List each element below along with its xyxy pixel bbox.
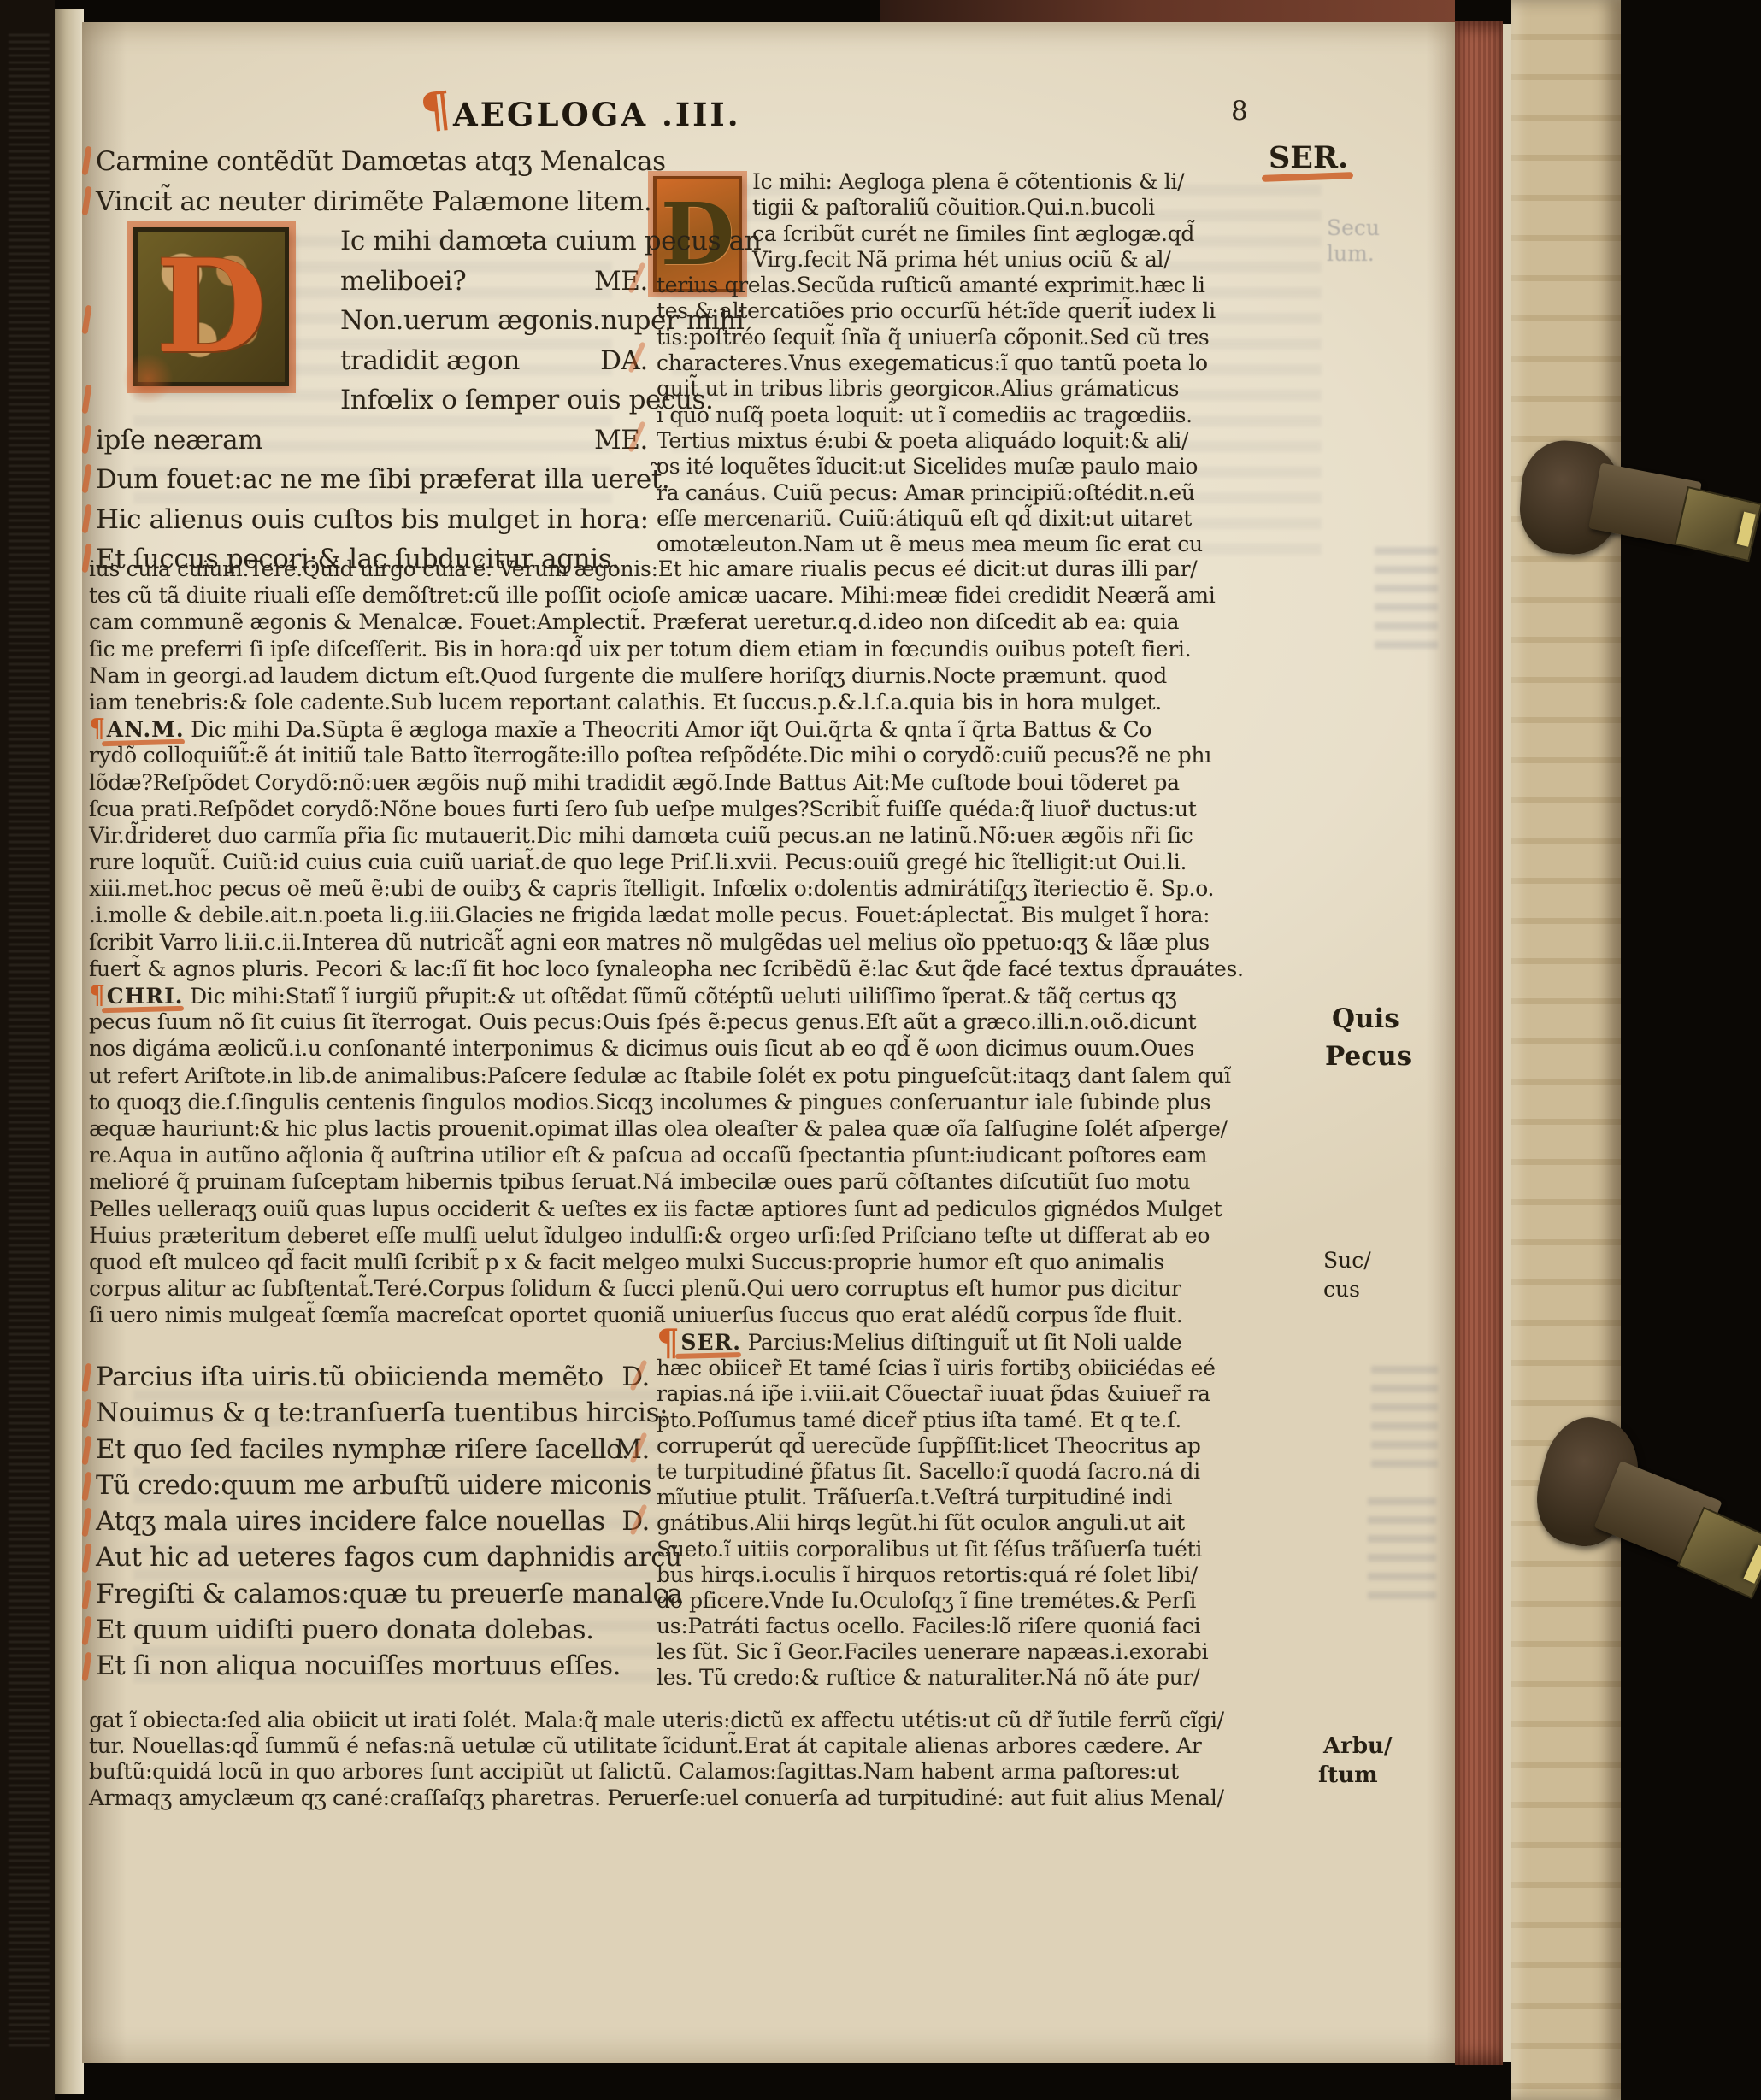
commentary-line: tes cũ tã diuite riuali eſſe demõſtret:c… bbox=[89, 582, 1320, 609]
poem-line: Hic alienus ouis cuſtos bis mulget in ho… bbox=[96, 500, 650, 540]
poem-line: Et quum uidiſti puero donata dolebas. bbox=[96, 1612, 651, 1648]
poem-line: Et quo ſed faciles nymphæ riſere ſacello… bbox=[96, 1432, 651, 1468]
book-top-stained-edge bbox=[880, 0, 1455, 24]
commentary-line: tes & altercatiões prio occurſũ hét:ĩde … bbox=[657, 298, 1318, 324]
commentary-line: eſſe mercenariũ. Cuiũ:átiquũ eſt qd̃ dix… bbox=[657, 506, 1318, 532]
line-text: Parcius iſta uiris.tũ obiicienda memẽto bbox=[96, 1362, 604, 1392]
speaker-label: M. bbox=[615, 1432, 650, 1468]
line-text: Vincit̃ ac neuter dirimẽte Palæmone lite… bbox=[96, 186, 651, 217]
commentary-line: Huius præteritum deberet eſſe mulſi uelu… bbox=[89, 1222, 1320, 1249]
poem-line: Ic mihi damœta cuium pecus an bbox=[96, 221, 650, 262]
commentary-line: ¶AN.M. Dic mihi Da.Sũpta ẽ ægloga maxĩe … bbox=[89, 715, 1320, 742]
poem-line: Atqʒ mala uires incidere falce nouellasD… bbox=[96, 1503, 651, 1539]
poem-line: Non.uerum ægonis.nuper mihi bbox=[96, 301, 650, 341]
line-text: Hic alienus ouis cuſtos bis mulget in ho… bbox=[96, 504, 649, 535]
speaker-label: D. bbox=[621, 1503, 650, 1539]
commentary-line: buſtũ:quidá locũ in quo arbores ſunt acc… bbox=[89, 1759, 1320, 1785]
line-text: Et quo ſed faciles nymphæ riſere ſacello… bbox=[96, 1434, 629, 1465]
commentary-line: Vir.d̃rideret duo carmĩa pr̃ia ſic mutau… bbox=[89, 822, 1320, 849]
poem-line: Fregiſti & calamos:quæ tu preuerſe manal… bbox=[96, 1576, 651, 1612]
commentary-line: omotæleuton.Nam ut ẽ meus mea meum ſic e… bbox=[657, 532, 1318, 557]
fore-edge-ghost-text bbox=[1371, 1366, 1438, 1468]
margin-note-succus-2: cus bbox=[1323, 1277, 1360, 1302]
commentary-line: re.Aqua in autũno aq̃lonia q̃ auſtrina u… bbox=[89, 1142, 1320, 1168]
line-text: Atqʒ mala uires incidere falce nouellas bbox=[96, 1506, 605, 1537]
section-head: AN.M. bbox=[107, 717, 185, 742]
commentary-line: quit̃ ut in tribus libris georgicoʀ.Aliu… bbox=[657, 376, 1318, 402]
commentary-line: characteres.Vnus exegematicus:ĩ quo tant… bbox=[657, 350, 1318, 376]
line-text: Fregiſti & calamos:quæ tu preuerſe manal… bbox=[96, 1579, 682, 1609]
line-text: Carmine contẽdũt Damœtas atqʒ Menalcas bbox=[96, 146, 666, 177]
commentary-line: to quoqʒ die.ſ.ſingulis centenis ſingulo… bbox=[89, 1089, 1320, 1115]
poem-block-bottom: Parcius iſta uiris.tũ obiicienda memẽtoD… bbox=[96, 1359, 651, 1685]
section-head: SER. bbox=[680, 1330, 741, 1355]
commentary-line: rapias.ná ip̃e i.viii.ait Cõuectar̃ iuua… bbox=[657, 1381, 1318, 1407]
commentary-line: quod eſt mulceo qd̃ facit mulſi ſcribit̃… bbox=[89, 1249, 1320, 1275]
commentary-line: hæc obiicer̃ Et tamé ſcias ĩ uiris forti… bbox=[657, 1356, 1318, 1381]
commentary-line: Virg.fecit Nã prima hét unius ociũ & al/ bbox=[657, 247, 1318, 273]
commentary-line: pto.Poſſumus tamé dicer̃ ptius iſta tamé… bbox=[657, 1408, 1318, 1433]
commentary-line: les ſũt. Sic ĩ Geor.Faciles uenerare nap… bbox=[657, 1639, 1318, 1665]
fore-edge-highlight bbox=[1503, 24, 1511, 2062]
speaker-label: ME. bbox=[594, 262, 648, 302]
commentary-line: ¶SER. Parcius:Melius diſtinguit̃ ut ſit … bbox=[657, 1330, 1318, 1356]
commentary-line: corpus alitur ac ſubſtentat̃.Teré.Corpus… bbox=[89, 1275, 1320, 1302]
commentary-line: ſcua prati.Reſpõdet corydõ:Nõne boues fu… bbox=[89, 796, 1320, 822]
commentary-line: terius qrelas.Secũda ruſticũ amanté expr… bbox=[657, 273, 1318, 298]
commentary-line: lõdæ?Reſpõdet Corydõ:nõ:ueʀ ægõis nup̃ m… bbox=[89, 769, 1320, 796]
commentary-line: ĩ quo nuſq̃ poeta loquit̃: ut ĩ comediis… bbox=[657, 403, 1318, 428]
commentary-line: les. Tũ credo:& ruſtice & naturaliter.Ná… bbox=[657, 1665, 1318, 1691]
header-pilcrow-icon: ¶ bbox=[418, 80, 454, 139]
commentary-line: nos digáma æolicũ.i.u conſonanté interpo… bbox=[89, 1035, 1320, 1062]
red-stained-fore-edge bbox=[1455, 21, 1503, 2065]
line-text: tradidit ægon bbox=[340, 345, 520, 376]
poem-line: Tũ credo:quum me arbuſtũ uidere miconis bbox=[96, 1468, 651, 1503]
commentary-line: ut refert Ariſtote.in lib.de animalibus:… bbox=[89, 1062, 1320, 1089]
book-clasp-upper bbox=[1515, 426, 1761, 597]
poem-line: Dum fouet:ac ne me ſibi præferat illa ue… bbox=[96, 460, 650, 500]
commentary-block-bottom: gat ĩ obiecta:ſed alia obiicit ut irati … bbox=[89, 1708, 1320, 1811]
commentary-line: Tertius mixtus é:ubi & poeta aliquádo lo… bbox=[657, 428, 1318, 454]
commentary-line: te turpitudiné p̃fatus ſit. Sacello:ĩ qu… bbox=[657, 1459, 1318, 1485]
margin-note-ghost-showthrough: Secu lum. bbox=[1327, 215, 1390, 267]
commentary-line: tis:poſtréo ſequit̃ ſnĩa q̃ uniuerſa cõp… bbox=[657, 325, 1318, 350]
section-head: CHRI. bbox=[107, 984, 184, 1009]
fore-edge-ghost-text bbox=[1375, 547, 1438, 658]
commentary-line: ¶CHRI. Dic mihi:Statĩ ĩ iurgiũ pr̃upit:&… bbox=[89, 982, 1320, 1009]
commentary-line: Armaqʒ amyclæum qʒ cané:craſſaſqʒ pharet… bbox=[89, 1785, 1320, 1811]
poem-block-top: Carmine contẽdũt Damœtas atqʒ MenalcasVi… bbox=[96, 142, 650, 579]
pilcrow-mark: ¶ bbox=[89, 980, 107, 1010]
poem-line: Carmine contẽdũt Damœtas atqʒ Menalcas bbox=[96, 142, 650, 182]
vellum-cover-edge bbox=[1511, 0, 1621, 2100]
commentary-line: corruperút qd̃ uerecũde ſupp̃ſſit:licet … bbox=[657, 1433, 1318, 1459]
commentary-line: ſic me preferri ſi ipſe diſceſſerit. Bis… bbox=[89, 636, 1320, 662]
commentary-line: rure loquũt̃. Cuiũ:id cuius cuia cuiũ ua… bbox=[89, 849, 1320, 875]
line-text: Parcius:Melius diſtinguit̃ ut ſit Noli u… bbox=[741, 1330, 1181, 1355]
poem-line: meliboei?ME. bbox=[96, 262, 650, 302]
commentary-line: cam communẽ ægonis & Menalcæ. Fouet:Ampl… bbox=[89, 609, 1320, 635]
poem-line: Parcius iſta uiris.tũ obiicienda memẽtoD… bbox=[96, 1359, 651, 1395]
commentary-line: ius cuia cuium.Teré.Quid uirgo cuia é. V… bbox=[89, 556, 1320, 582]
commentary-line: xiii.met.hoc pecus oẽ meũ ẽ:ubi de ouibʒ… bbox=[89, 875, 1320, 902]
commentary-line: tur. Nouellas:qd̃ ſummũ é nefas:nã uetul… bbox=[89, 1733, 1320, 1759]
commentary-line: fuert̃ & agnos pluris. Pecori & lac:ſĩ f… bbox=[89, 956, 1320, 982]
poem-line: Et ſi non aliqua nocuiſſes mortuus eſſes… bbox=[96, 1648, 651, 1684]
poem-line: ipſe neæramME. bbox=[96, 421, 650, 461]
poem-line: Nouimus & q te:tranſuerſa tuentibus hirc… bbox=[96, 1395, 651, 1431]
fore-edge-ghost-text bbox=[1368, 1497, 1436, 1600]
previous-page-edge bbox=[0, 0, 55, 2100]
commentary-line: rydõ colloquiũt̃:ẽ át initiũ tale Batto … bbox=[89, 742, 1320, 768]
line-text: Nouimus & q te:tranſuerſa tuentibus hirc… bbox=[96, 1397, 668, 1428]
pilcrow-mark: ¶ bbox=[89, 714, 107, 744]
margin-note-pecus: Pecus bbox=[1325, 1041, 1411, 1072]
commentary-line: pecus ſuum nõ ſit cuius ſit ĩterrogat. O… bbox=[89, 1009, 1320, 1035]
commentary-line: os ité loquẽtes ĩducit:ut Sicelides muſæ… bbox=[657, 454, 1318, 479]
commentary-column-top-right: Ic mihi: Aegloga plena ẽ cõtentionis & l… bbox=[657, 169, 1318, 557]
commentary-line: Pelles uelleraqʒ ouiũ quas lupus occider… bbox=[89, 1196, 1320, 1222]
commentary-line: .i.molle & debile.ait.n.poeta li.g.iii.G… bbox=[89, 902, 1320, 928]
clasp-brass-fitting bbox=[1674, 486, 1761, 562]
commentary-line: tigii & paſtoraliũ cõuitioʀ.Qui.n.bucoli bbox=[657, 195, 1318, 221]
photograph-of-incunabulum-page: { "header": { "pilcrow": "¶", "title": "… bbox=[0, 0, 1761, 2100]
commentary-line: Ic mihi: Aegloga plena ẽ cõtentionis & l… bbox=[657, 169, 1318, 195]
commentary-line: ca ſcribũt curét ne ſimiles ſint æglogæ.… bbox=[657, 221, 1318, 247]
speaker-label: D. bbox=[621, 1359, 650, 1395]
commentary-line: ſcribit Varro li.ii.c.ii.Interea dũ nutr… bbox=[89, 929, 1320, 956]
poem-line: Vincit̃ ac neuter dirimẽte Palæmone lite… bbox=[96, 182, 650, 222]
commentary-line: gat ĩ obiecta:ſed alia obiicit ut irati … bbox=[89, 1708, 1320, 1733]
commentary-line: ſi uero nimis mulgeat̃ ſœmĩa macreſcat o… bbox=[89, 1302, 1320, 1328]
margin-note-succus-1: Suc/ bbox=[1323, 1248, 1371, 1273]
line-text: Et quum uidiſti puero donata dolebas. bbox=[96, 1615, 594, 1645]
line-text: Dum fouet:ac ne me ſibi præferat illa ue… bbox=[96, 464, 669, 495]
commentary-line: gnátibus.Alii hirqs legũt.hi ſũt oculoʀ … bbox=[657, 1510, 1318, 1536]
commentary-line: æquæ hauriunt:& hic plus lactis prouenit… bbox=[89, 1115, 1320, 1142]
margin-note-arbustum-2: ſtum bbox=[1318, 1762, 1378, 1788]
line-text: Et ſi non aliqua nocuiſſes mortuus eſſes… bbox=[96, 1650, 621, 1681]
speaker-label: ME. bbox=[594, 421, 648, 461]
line-text: Aut hic ad ueteres fagos cum daphnidis a… bbox=[96, 1542, 682, 1573]
line-text: Tũ credo:quum me arbuſtũ uidere miconis bbox=[96, 1470, 651, 1501]
commentary-line: melioré q̃ pruinam ſuſceptam hibernis tp… bbox=[89, 1168, 1320, 1195]
commentary-line: ra canáus. Cuiũ pecus: Amaʀ principiũ:oſ… bbox=[657, 480, 1318, 506]
commentary-line: mĩutiue ptulit. Trãſuerſa.t.Veſtrá turpi… bbox=[657, 1485, 1318, 1510]
line-text: Dic mihi Da.Sũpta ẽ ægloga maxĩe a Theoc… bbox=[185, 717, 1152, 742]
commentary-line: us:Patráti factus ocello. Faciles:lõ riſ… bbox=[657, 1614, 1318, 1639]
commentary-block-full-width: ius cuia cuium.Teré.Quid uirgo cuia é. V… bbox=[89, 556, 1320, 1328]
page-number: 8 bbox=[1231, 96, 1248, 126]
margin-note-arbustum-1: Arbu/ bbox=[1323, 1733, 1392, 1759]
poem-line: Infœlix o ſemper ouis pecus. bbox=[96, 380, 650, 421]
line-text: meliboei? bbox=[340, 266, 466, 297]
poem-line: tradidit ægonDA. bbox=[96, 341, 650, 381]
page-title: AEGLOGA .III. bbox=[453, 96, 741, 133]
commentary-line: bus hirqs.i.oculis ĩ hirquos retortis:qu… bbox=[657, 1562, 1318, 1588]
commentary-line: Nam in georgi.ad laudem dictum eſt.Quod … bbox=[89, 662, 1320, 689]
margin-note-quis: Quis bbox=[1332, 1003, 1399, 1034]
page-curl-edge bbox=[55, 9, 84, 2094]
commentary-line: Sueto.ĩ uitiis corporalibus ut ſit ſéſus… bbox=[657, 1537, 1318, 1562]
commentary-line: iam tenebris:& ſole cadente.Sub lucem re… bbox=[89, 689, 1320, 715]
line-text: Dic mihi:Statĩ ĩ iurgiũ pr̃upit:& ut oſt… bbox=[184, 984, 1177, 1009]
commentary-column-bottom-right: ¶SER. Parcius:Melius diſtinguit̃ ut ſit … bbox=[657, 1330, 1318, 1691]
poem-line: Aut hic ad ueteres fagos cum daphnidis a… bbox=[96, 1539, 651, 1575]
commentary-line: do pficere.Vnde Iu.Oculoſqʒ ĩ fine tremé… bbox=[657, 1588, 1318, 1614]
line-text: ipſe neæram bbox=[96, 425, 262, 456]
speaker-label: DA. bbox=[600, 341, 648, 381]
